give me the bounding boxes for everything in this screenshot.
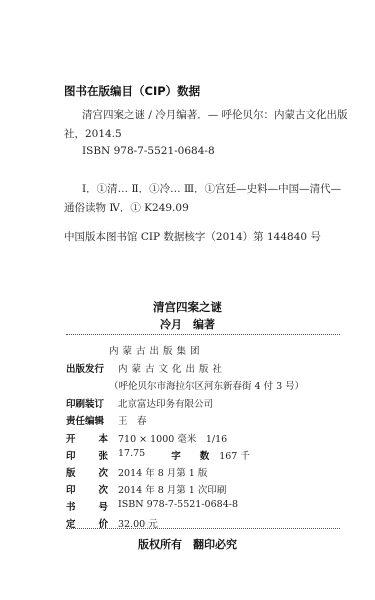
cip-approval-number: 中国版本图书馆 CIP 数据核字（2014）第 144840 号	[64, 229, 321, 244]
label-char: 印	[66, 448, 76, 462]
words-label: 字数	[171, 448, 209, 462]
words-value: 167 千	[219, 448, 250, 462]
publisher-address: （呼伦贝尔市海拉尔区河东新春街 4 付 3 号）	[109, 378, 304, 392]
printer-label: 印刷装订	[66, 396, 118, 410]
label-char: 次	[98, 482, 108, 496]
cip-classification-cont: 通俗读物 Ⅳ．① K249.09	[64, 200, 189, 215]
label-char: 号	[98, 499, 108, 513]
isbn-value: ISBN 978-7-5521-0684-8	[118, 499, 238, 513]
label-char: 本	[98, 431, 108, 445]
format-label: 开本	[66, 431, 118, 445]
label-char: 字	[171, 448, 181, 462]
cip-heading: 图书在版编目（CIP）数据	[64, 83, 200, 99]
label-char: 开	[66, 431, 76, 445]
edition-row: 版次 2014 年 8 月第 1 版	[66, 465, 207, 479]
label-char: 印	[66, 482, 76, 496]
divider-bottom	[66, 528, 340, 529]
label-char: 张	[98, 448, 108, 462]
sheets-row: 印张 17.75 字数 167 千	[66, 448, 250, 462]
publishing-group: 内蒙古出版集团	[109, 343, 204, 357]
label-char: 版	[66, 465, 76, 479]
printing-label: 印次	[66, 482, 118, 496]
printing-value: 2014 年 8 月第 1 次印刷	[118, 482, 226, 496]
label-char: 次	[98, 465, 108, 479]
divider-top	[66, 334, 340, 335]
edition-label: 版次	[66, 465, 118, 479]
isbn-label: 书号	[66, 499, 118, 513]
printer-value: 北京富达印务有限公司	[118, 396, 213, 410]
sheets-value: 17.75	[118, 448, 145, 462]
publisher-value: 内蒙古文化出版社	[118, 361, 226, 375]
isbn-row: 书号 ISBN 978-7-5521-0684-8	[66, 499, 238, 513]
format-value: 710 × 1000 毫米 1/16	[118, 431, 227, 445]
cip-classification: Ⅰ．①清… Ⅱ．①冷… Ⅲ．①宫廷—史料—中国—清代—	[82, 181, 341, 196]
book-author: 冷月 编著	[0, 316, 375, 332]
publisher-label: 出版发行	[66, 361, 118, 375]
copyright-notice: 版权所有 翻印必究	[0, 536, 375, 552]
label-char: 数	[200, 448, 210, 462]
printing-row: 印次 2014 年 8 月第 1 次印刷	[66, 482, 226, 496]
edition-value: 2014 年 8 月第 1 版	[118, 465, 207, 479]
sheets-label: 印张	[66, 448, 118, 462]
book-title: 清宫四案之谜	[0, 299, 375, 315]
editor-label: 责任编辑	[66, 413, 118, 427]
editor-value: 王 春	[118, 413, 147, 427]
publisher-row: 出版发行 内蒙古文化出版社	[66, 361, 226, 375]
editor-row: 责任编辑 王 春	[66, 413, 147, 427]
format-row: 开本 710 × 1000 毫米 1/16	[66, 431, 227, 445]
printer-row: 印刷装订 北京富达印务有限公司	[66, 396, 213, 410]
cip-isbn: ISBN 978-7-5521-0684-8	[82, 145, 215, 157]
cip-title-line-cont: 社，2014.5	[64, 126, 122, 141]
label-char: 书	[66, 499, 76, 513]
cip-title-line: 清宫四案之谜 / 冷月编著．— 呼伦贝尔：内蒙古文化出版	[82, 107, 348, 122]
